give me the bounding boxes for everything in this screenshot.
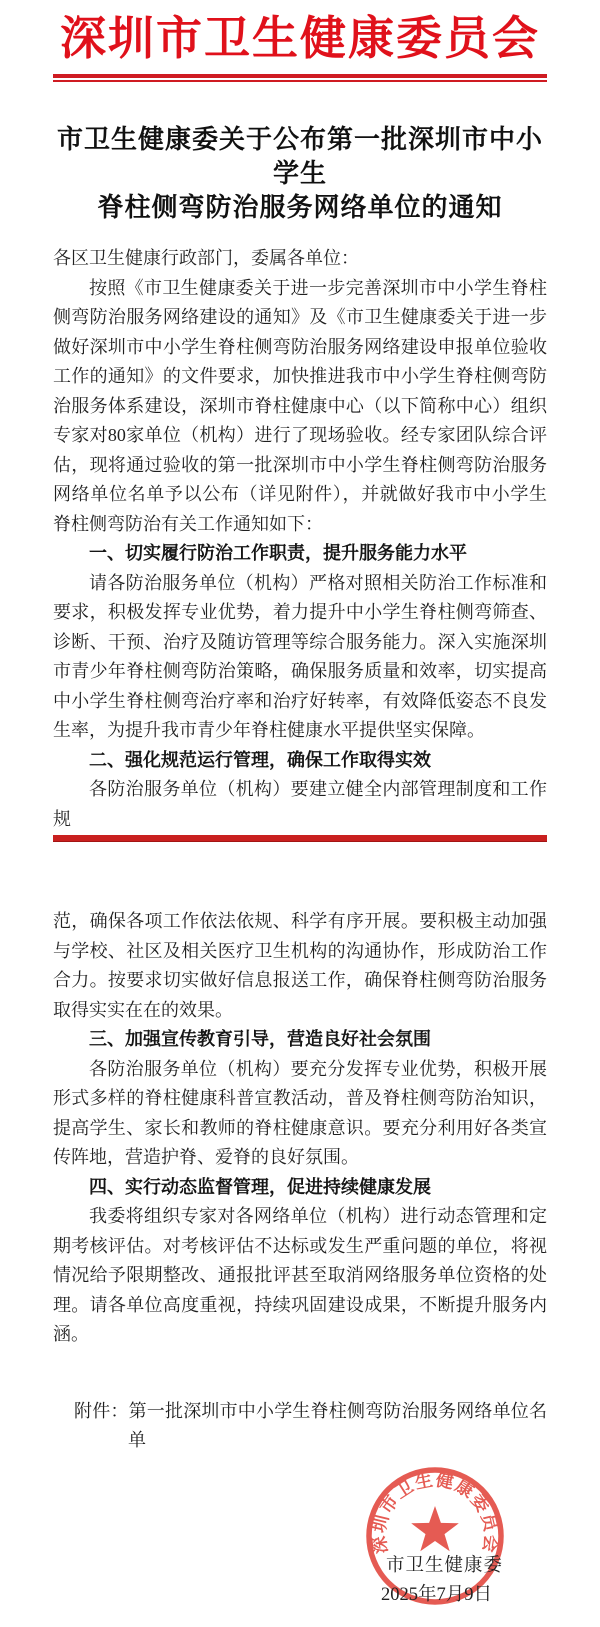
section-2-paragraph-page1: 各防治服务单位（机构）要建立健全内部管理制度和工作规 (53, 775, 547, 834)
section-1-heading: 一、切实履行防治工作职责，提升服务能力水平 (53, 539, 547, 569)
section-3-heading: 三、加强宣传教育引导，营造良好社会氛围 (53, 1025, 547, 1055)
page2-body: 范，确保各项工作依法依规、科学有序开展。要积极主动加强与学校、社区及相关医疗卫生… (53, 907, 547, 1350)
attachment-note: 附件：第一批深圳市中小学生脊柱侧弯防治服务网络单位名单 (74, 1397, 547, 1456)
agency-header: 深圳市卫生健康委员会 (53, 0, 547, 66)
notice-title-line2: 脊柱侧弯防治服务网络单位的通知 (97, 193, 502, 222)
star-icon (411, 1506, 459, 1551)
page1-body: 各区卫生健康行政部门，委属各单位： 按照《市卫生健康委关于进一步完善深圳市中小学… (53, 244, 547, 834)
notice-title-line1: 市卫生健康委关于公布第一批深圳市中小学生 (57, 125, 543, 188)
section-4-heading: 四、实行动态监督管理，促进持续健康发展 (53, 1173, 547, 1203)
page-divider (53, 835, 547, 842)
signature-date: 2025年7月9日 (381, 1580, 492, 1606)
document-page: 深圳市卫生健康委员会 市卫生健康委关于公布第一批深圳市中小学生 脊柱侧弯防治服务… (0, 0, 600, 1627)
section-2-paragraph-page2: 范，确保各项工作依法依规、科学有序开展。要积极主动加强与学校、社区及相关医疗卫生… (53, 907, 547, 1025)
header-rule (53, 74, 547, 82)
attachment-title: 第一批深圳市中小学生脊柱侧弯防治服务网络单位名单 (128, 1401, 547, 1451)
notice-title: 市卫生健康委关于公布第一批深圳市中小学生 脊柱侧弯防治服务网络单位的通知 (45, 123, 555, 225)
signature-area: 深圳市卫生健康委员会 市卫生健康委 2025年7月9日 (0, 1461, 600, 1627)
attachment-label: 附件： (74, 1401, 129, 1421)
section-4-paragraph: 我委将组织专家对各网络单位（机构）进行动态管理和定期考核评估。对考核评估不达标或… (53, 1202, 547, 1350)
signature-agency: 市卫生健康委 (386, 1551, 503, 1577)
salutation: 各区卫生健康行政部门，委属各单位： (53, 244, 547, 274)
section-2-heading: 二、强化规范运行管理，确保工作取得实效 (53, 746, 547, 776)
section-3-paragraph: 各防治服务单位（机构）要充分发挥专业优势，积极开展形式多样的脊柱健康科普宣教活动… (53, 1055, 547, 1173)
section-1-paragraph: 请各防治服务单位（机构）严格对照相关防治工作标准和要求，积极发挥专业优势，着力提… (53, 569, 547, 746)
intro-paragraph: 按照《市卫生健康委关于进一步完善深圳市中小学生脊柱侧弯防治服务网络建设的通知》及… (53, 274, 547, 540)
